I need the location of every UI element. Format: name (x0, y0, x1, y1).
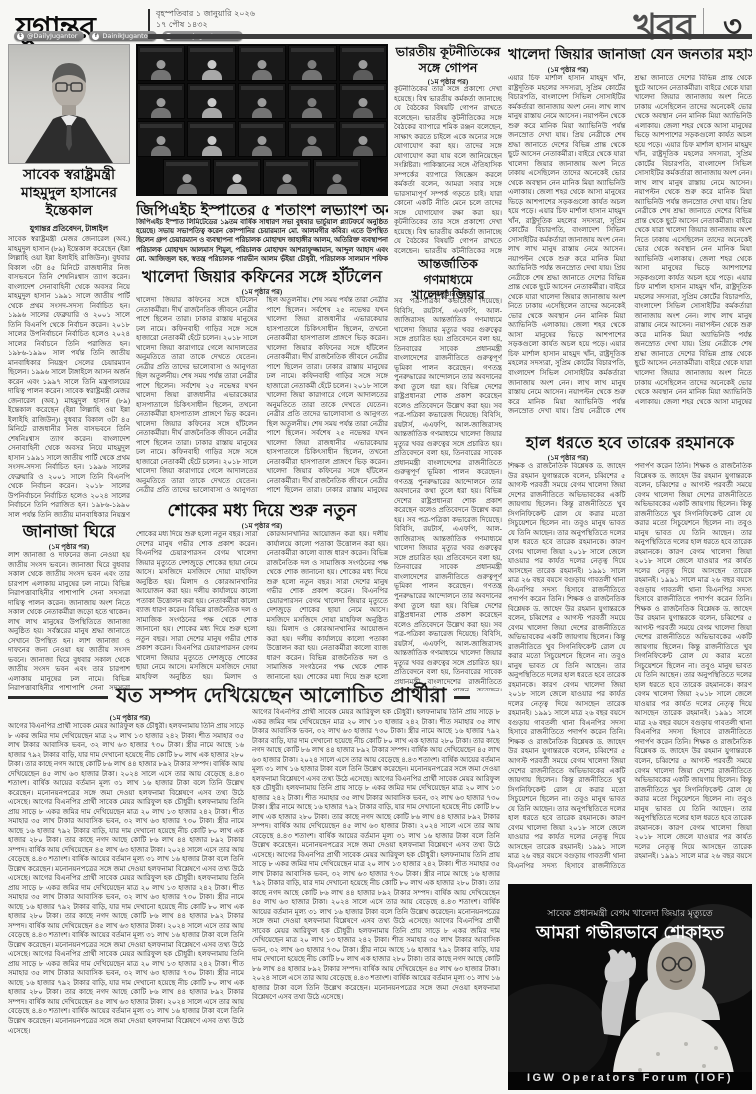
ad-main-text: আমরা গভীরভাবে শোকাহত (508, 920, 752, 948)
assets-rule-right (454, 696, 470, 699)
agm-video-collage (136, 44, 388, 196)
diplomat-headline-line2: সঙ্গে গোপন (394, 60, 502, 76)
collage-row-4 (137, 159, 387, 195)
obituary-headline: সাবেক স্বরাষ্ট্রমন্ত্রী মাহমুদুল হাসানের… (8, 166, 130, 221)
header-separator (703, 8, 704, 36)
collage-row-1 (137, 45, 387, 81)
date-line-1: বৃহস্পতিবার ১ জানুয়ারি ২০২৬ (156, 9, 255, 20)
portrait-photo-mahmudul-hasan (8, 44, 130, 164)
video-tile (263, 159, 311, 195)
diplomat-body: কূটনীতিকের তার সঙ্গে প্রকাশ্যে দেখা হয়ে… (394, 85, 502, 253)
coffin-body: খালেদা জিয়ার কফিনের সঙ্গে হাঁটলেন নেতাক… (136, 296, 388, 496)
newspaper-page: যুগান্তর বৃহস্পতিবার ১ জানুয়ারি ২০২৬ ১৭… (0, 0, 756, 1094)
assets-body-col-a: আগের বিএনপির প্রার্থী সাবেক মেয়র আরিফুল… (8, 722, 244, 1086)
video-tile (187, 121, 235, 157)
date-line-2: ১৭ পৌষ ১৪৩২ (156, 20, 255, 31)
video-tile (238, 83, 286, 119)
video-tile (213, 159, 261, 195)
video-tile (313, 159, 361, 195)
collage-row-3 (137, 121, 387, 157)
video-tile (187, 83, 235, 119)
gph-caption: জিপিএইচ ইস্পাত লিমিটেডের ১৯তম বার্ষিক সা… (136, 218, 388, 262)
video-tile (187, 45, 235, 81)
assets-headline-row: যত সম্পদ দেখিয়েছেন আলোচিত প্রার্থীরা (8, 684, 500, 710)
video-tile (339, 121, 387, 157)
video-tile (288, 121, 336, 157)
video-tile (339, 83, 387, 119)
collage-row-2 (137, 83, 387, 119)
video-tile (137, 45, 185, 81)
obituary-headline-line2: মাহমুদুল হাসানের (8, 184, 130, 202)
assets-rule-left (8, 696, 108, 699)
obituary-headline-line3: ইন্তেকাল (8, 202, 130, 220)
date-block: বৃহস্পতিবার ১ জানুয়ারি ২০২৬ ১৭ পৌষ ১৪৩২ (148, 9, 255, 31)
video-tile (238, 121, 286, 157)
video-tile (137, 83, 185, 119)
janaza-sea-body: এয়ার চিফ মার্শাল হাসান মাহমুদ খাঁন, রাষ… (508, 74, 752, 426)
video-tile (288, 45, 336, 81)
video-tile (238, 45, 286, 81)
assets-body-col-b: আগের বিএনপির প্রার্থী সাবেক মেয়র আরিফুল… (252, 708, 500, 1086)
twitter-label: @DailyJugantor (27, 32, 77, 40)
video-tile (163, 159, 211, 195)
tareque-body: শিক্ষক ও রাজনৈতিক বিশ্লেষক ড. জাহেদ উর র… (508, 462, 752, 878)
facebook-label: DainikJugantor (102, 32, 150, 40)
ad-eyebrow-text: সাবেক প্রধানমন্ত্রী বেগম খালেদা জিয়ার ম… (508, 906, 752, 921)
ad-sponsor-name: IGW Operators Forum (IOF) (508, 1072, 752, 1084)
header-rule (148, 34, 752, 39)
mourning-body: শোকের মধ্য দিয়ে শুরু হলো নতুন বছর। সারা… (136, 530, 388, 690)
obituary-body: সাবেক স্বরাষ্ট্রমন্ত্রী মেজর জেনারেল (অব… (8, 235, 130, 517)
video-tile (339, 45, 387, 81)
obituary-headline-line1: সাবেক স্বরাষ্ট্রমন্ত্রী (8, 166, 130, 184)
video-tile (288, 83, 336, 119)
janaza-ghire-body: লাশ জানাজা ও দাফনের জন্য নেওয়া হয় জাতী… (8, 551, 130, 691)
video-tile (137, 121, 185, 157)
intl-media-headline-line1: আন্তর্জাতিক গণমাধ্যমে (394, 256, 502, 287)
intl-media-body: সব পত্র-পত্রিকা কভারেজ দিয়েছে। বিবিসি, … (394, 297, 502, 691)
diplomat-headline-line1: ভারতীয় কূটনীতিকের (394, 44, 502, 60)
twitter-link[interactable]: t @DailyJugantor (14, 31, 84, 41)
facebook-icon: f (92, 33, 99, 40)
twitter-icon: t (17, 33, 24, 40)
diplomat-headline: ভারতীয় কূটনীতিকের সঙ্গে গোপন (394, 44, 502, 75)
condolence-ad: সাবেক প্রধানমন্ত্রী বেগম খালেদা জিয়ার ম… (508, 884, 752, 1090)
